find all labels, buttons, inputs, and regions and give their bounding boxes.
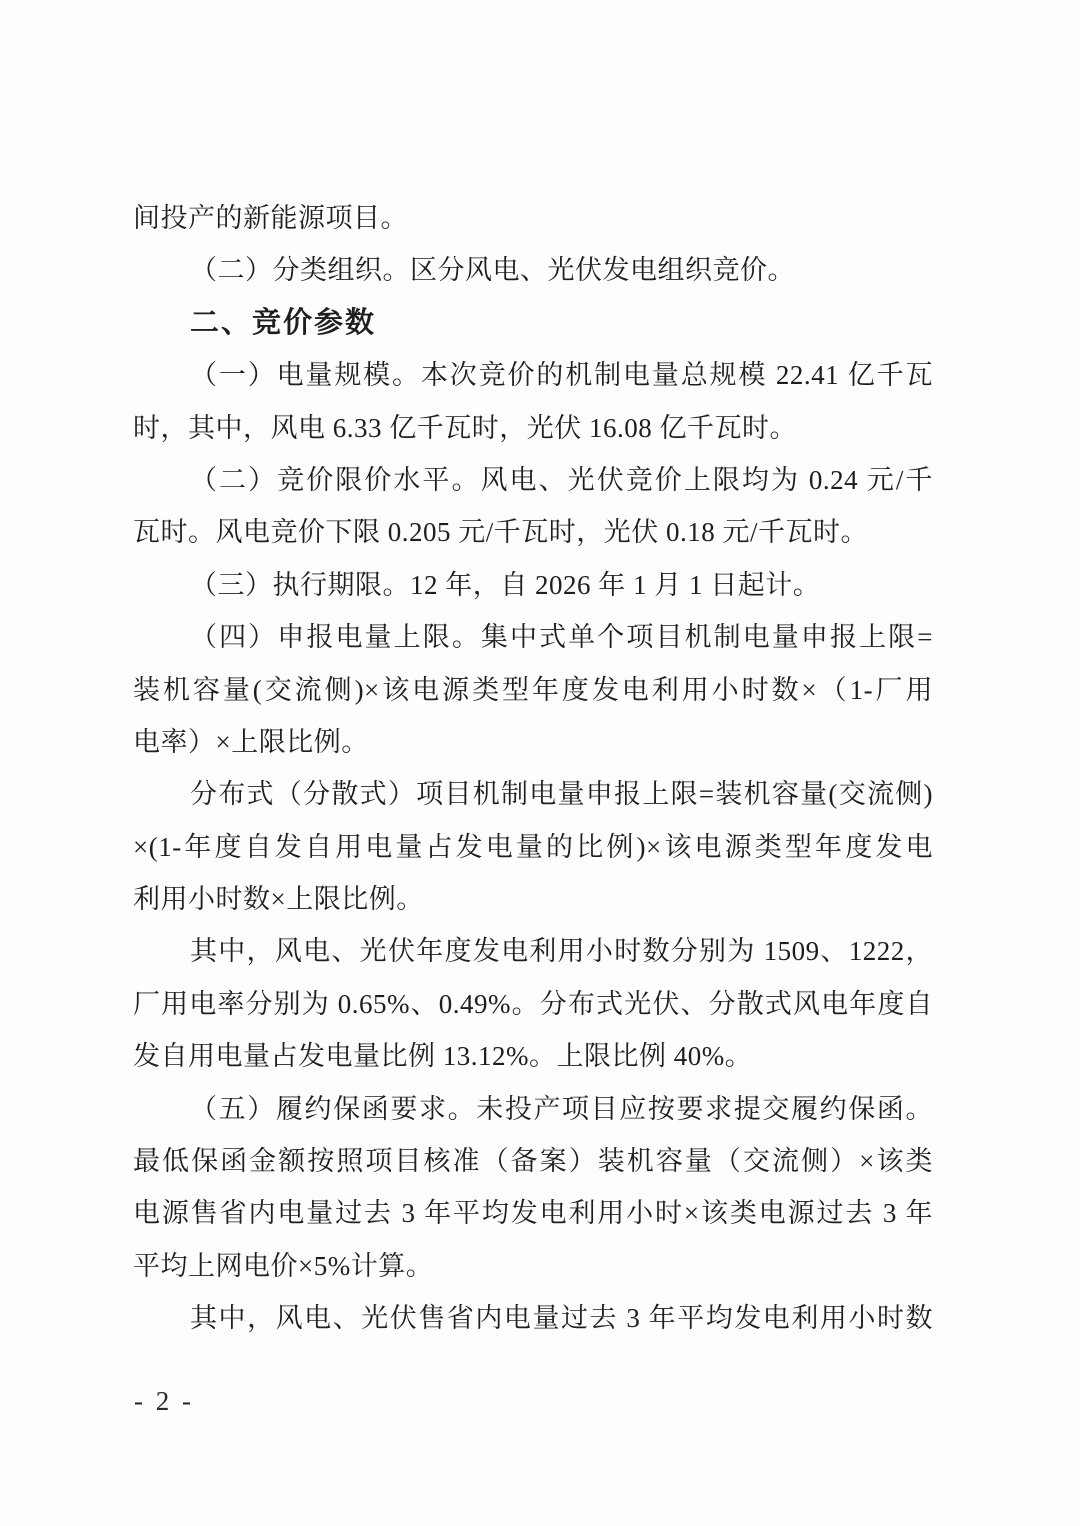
text-line: （三）执行期限。12 年，自 2026 年 1 月 1 日起计。 (133, 559, 933, 611)
text-line: ×(1-年度自发自用电量占发电量的比例)×该电源类型年度发电 (133, 821, 933, 873)
text-line: 电源售省内电量过去 3 年平均发电利用小时×该类电源过去 3 年 (133, 1187, 933, 1239)
text-line: 最低保函金额按照项目核准（备案）装机容量（交流侧）×该类 (133, 1135, 933, 1187)
text-line: （四）申报电量上限。集中式单个项目机制电量申报上限= (133, 611, 933, 663)
text-line: 间投产的新能源项目。 (133, 192, 933, 244)
page-number: - 2 - (134, 1384, 194, 1418)
text-line: 瓦时。风电竞价下限 0.205 元/千瓦时，光伏 0.18 元/千瓦时。 (133, 506, 933, 558)
text-line: （五）履约保函要求。未投产项目应按要求提交履约保函。 (133, 1083, 933, 1135)
text-line: （二）竞价限价水平。风电、光伏竞价上限均为 0.24 元/千 (133, 454, 933, 506)
text-line: （二）分类组织。区分风电、光伏发电组织竞价。 (133, 244, 933, 296)
text-line: 发自用电量占发电量比例 13.12%。上限比例 40%。 (133, 1030, 933, 1082)
text-line: 利用小时数×上限比例。 (133, 873, 933, 925)
text-line: 时，其中，风电 6.33 亿千瓦时，光伏 16.08 亿千瓦时。 (133, 402, 933, 454)
text-line: 电率）×上限比例。 (133, 716, 933, 768)
text-line: 平均上网电价×5%计算。 (133, 1240, 933, 1292)
text-line: 分布式（分散式）项目机制电量申报上限=装机容量(交流侧) (133, 768, 933, 820)
section-heading: 二、竞价参数 (133, 297, 933, 349)
document-page: 间投产的新能源项目。（二）分类组织。区分风电、光伏发电组织竞价。二、竞价参数（一… (0, 0, 1080, 1526)
document-body: 间投产的新能源项目。（二）分类组织。区分风电、光伏发电组织竞价。二、竞价参数（一… (133, 192, 933, 1345)
text-line: （一）电量规模。本次竞价的机制电量总规模 22.41 亿千瓦 (133, 349, 933, 401)
text-line: 其中，风电、光伏年度发电利用小时数分别为 1509、1222， (133, 925, 933, 977)
text-line: 其中，风电、光伏售省内电量过去 3 年平均发电利用小时数 (133, 1292, 933, 1344)
text-line: 装机容量(交流侧)×该电源类型年度发电利用小时数×（1-厂用 (133, 664, 933, 716)
text-line: 厂用电率分别为 0.65%、0.49%。分布式光伏、分散式风电年度自 (133, 978, 933, 1030)
